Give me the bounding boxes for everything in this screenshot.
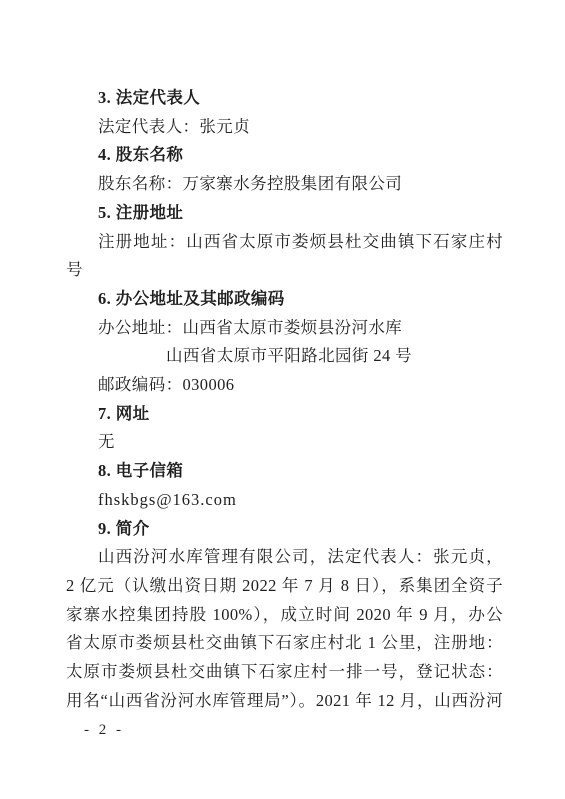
document-line: 山西汾河水库管理有限公司，法定代表人：张元贞，注册资本： xyxy=(66,543,503,572)
document-line: 2 亿元（认缴出资日期 2022 年 7 月 8 日），系集团全资子公司（万 xyxy=(66,572,503,601)
document-line: 省太原市娄烦县杜交曲镇下石家庄村北 1 公里，注册地：山西省 xyxy=(66,629,503,658)
document-line: 山西省太原市平阳路北园街 24 号 xyxy=(66,342,503,371)
document-line: 8. 电子信箱 xyxy=(66,457,503,486)
document-page: 3. 法定代表人法定代表人：张元贞4. 股东名称股东名称：万家寨水务控股集团有限… xyxy=(0,0,565,799)
document-line: 法定代表人：张元贞 xyxy=(66,113,503,142)
document-line: 3. 法定代表人 xyxy=(66,84,503,113)
page-number: - 2 - xyxy=(84,722,124,739)
document-line: 注册地址：山西省太原市娄烦县杜交曲镇下石家庄村一排一 xyxy=(66,228,503,257)
document-line: 股东名称：万家寨水务控股集团有限公司 xyxy=(66,170,503,199)
document-line: fhskbgs@163.com xyxy=(66,486,503,515)
document-line: 无 xyxy=(66,428,503,457)
document-line: 太原市娄烦县杜交曲镇下石家庄村一排一号，登记状态：存续（曾 xyxy=(66,658,503,687)
document-line: 4. 股东名称 xyxy=(66,141,503,170)
document-line: 5. 注册地址 xyxy=(66,199,503,228)
document-line: 办公地址：山西省太原市娄烦县汾河水库 xyxy=(66,314,503,343)
document-line: 9. 简介 xyxy=(66,515,503,544)
document-line: 用名“山西省汾河水库管理局”）。2021 年 12 月，山西汾河水库 xyxy=(66,687,503,716)
document-line: 邮政编码：030006 xyxy=(66,371,503,400)
document-line: 6. 办公地址及其邮政编码 xyxy=(66,285,503,314)
document-line: 家寨水控集团持股 100%），成立时间 2020 年 9 月，办公地：山西 xyxy=(66,601,503,630)
document-line: 7. 网址 xyxy=(66,400,503,429)
document-line: 号 xyxy=(66,256,503,285)
document-body: 3. 法定代表人法定代表人：张元贞4. 股东名称股东名称：万家寨水务控股集团有限… xyxy=(66,84,503,715)
